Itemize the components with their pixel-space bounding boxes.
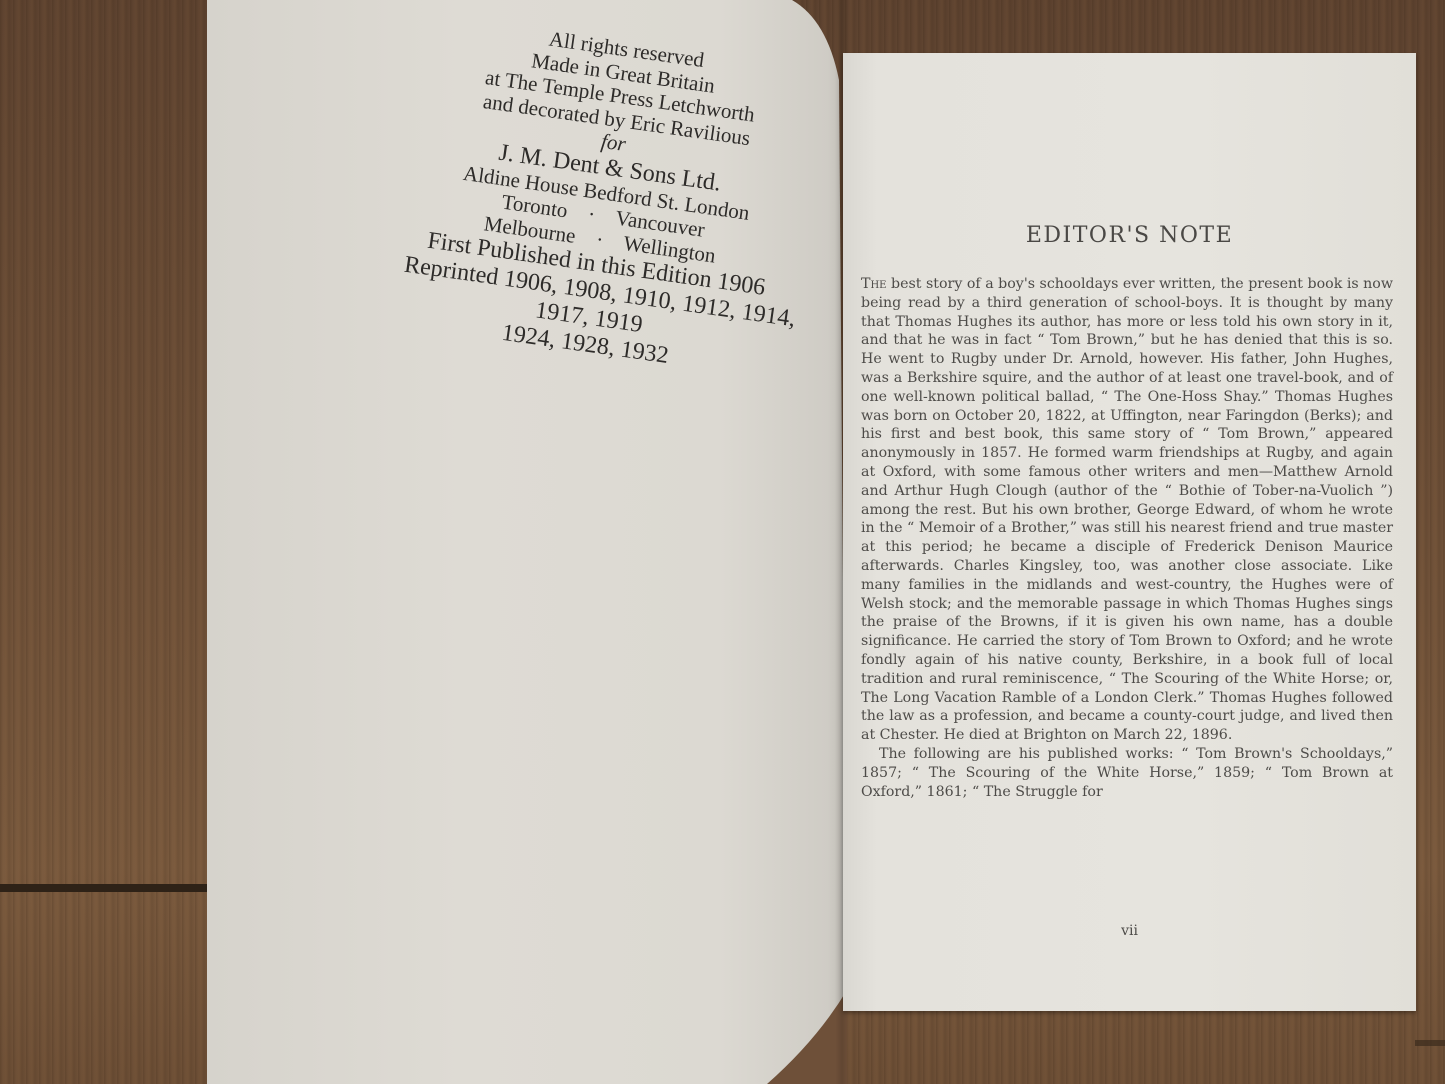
page-title: EDITOR'S NOTE <box>843 223 1416 248</box>
paragraph-text: The following are his published works: “… <box>861 746 1393 800</box>
wood-plank-seam <box>0 884 215 892</box>
right-page: EDITOR'S NOTE The best story of a boy's … <box>843 53 1416 1011</box>
editors-note-body: The best story of a boy's schooldays eve… <box>861 275 1393 801</box>
paragraph: The following are his published works: “… <box>861 745 1393 801</box>
imprint-block: All rights reserved Made in Great Britai… <box>395 12 816 385</box>
paragraph-text: best story of a boy's schooldays ever wr… <box>861 276 1393 743</box>
drop-lead-word: The <box>861 276 886 292</box>
wood-plank-seam-right <box>1415 1040 1445 1046</box>
page-number: vii <box>843 923 1416 939</box>
paragraph: The best story of a boy's schooldays eve… <box>861 275 1393 745</box>
